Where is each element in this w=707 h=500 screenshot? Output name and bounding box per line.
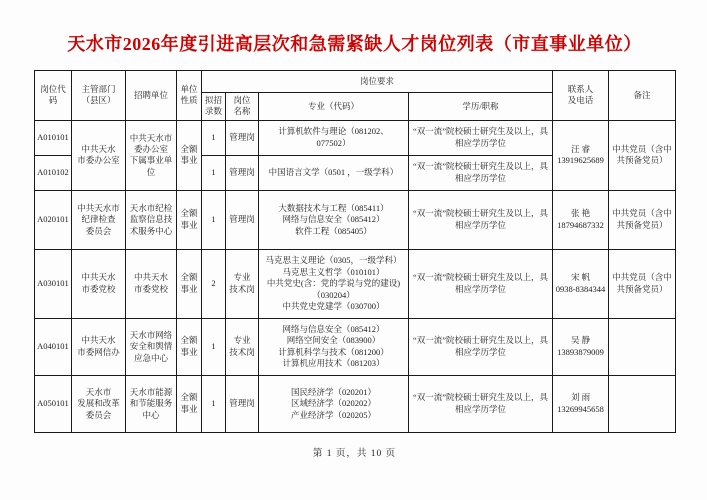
department: 中共天水 市委网信办 [72,318,126,375]
major-codes: 网络与信息安全（085412） 网络空间安全（083900） 计算机科学与技术（… [259,318,409,375]
major-codes: 国民经济学（020201） 区域经济学（020202） 产业经济学（020205… [259,375,409,432]
header-employer: 招聘单位 [126,71,177,121]
department: 中共天水市 纪律检查 委员会 [72,190,126,249]
table-row: A010101 中共天水 市委办公室 中共天水市 委办公室 下属事业单 位 全额… [35,120,676,155]
document-page: 天水市2026年度引进高层次和急需紧缺人才岗位列表（市直事业单位） 岗位代码 主… [0,0,707,500]
quota: 1 [202,155,226,190]
header-education: 学历/职称 [409,93,553,121]
employer: 中共天水 市委党校 [126,249,177,318]
page-footer: 第 1 页，共 10 页 [34,445,675,459]
department: 中共天水 市委党校 [72,249,126,318]
header-code: 岗位代码 [35,71,72,121]
post-name: 管理岗 [226,155,259,190]
major-codes: 计算机软件与理论（081202、 077502） [259,120,409,155]
quota: 1 [202,375,226,432]
quota: 1 [202,318,226,375]
education-requirement: “双一流”院校硕士研究生及以上，具 相应学历学位 [409,318,553,375]
job-code: A020101 [35,190,72,249]
post-name: 专业 技术岗 [226,249,259,318]
quota: 1 [202,190,226,249]
employer: 天水市能源 和节能服务 中心 [126,375,177,432]
remarks: 中共党员（含中 共预备党员） [609,249,676,318]
header-post-name: 岗位 名称 [226,93,259,121]
header-remarks: 备注 [609,71,676,121]
job-code: A050101 [35,375,72,432]
post-name: 管理岗 [226,375,259,432]
table-row: A030101 中共天水 市委党校 中共天水 市委党校 全额 事业 2 专业 技… [35,249,676,318]
post-name: 专业 技术岗 [226,318,259,375]
header-major: 专业（代码） [259,93,409,121]
unit-type: 全额 事业 [177,249,202,318]
employer: 天水市纪检 监察信息技 术服务中心 [126,190,177,249]
education-requirement: “双一流”院校硕士研究生及以上，具 相应学历学位 [409,155,553,190]
job-code: A040101 [35,318,72,375]
quota: 1 [202,120,226,155]
contact: 宋 帆 0938-8384344 [553,249,609,318]
unit-type: 全额 事业 [177,120,202,190]
page-title: 天水市2026年度引进高层次和急需紧缺人才岗位列表（市直事业单位） [34,30,675,56]
major-codes: 马克思主义理论（0305，一级学科） 马克思主义哲学（010101） 中共党史(… [259,249,409,318]
employer: 中共天水市 委办公室 下属事业单 位 [126,120,177,190]
contact: 张 艳 18794687332 [553,190,609,249]
job-code: A030101 [35,249,72,318]
header-unit-type: 单位 性质 [177,71,202,121]
job-code: A010102 [35,155,72,190]
header-contact: 联系人 及电话 [553,71,609,121]
department: 中共天水 市委办公室 [72,120,126,190]
education-requirement: “双一流”院校硕士研究生及以上，具 相应学历学位 [409,249,553,318]
education-requirement: “双一流”院校硕士研究生及以上，具 相应学历学位 [409,120,553,155]
contact: 刘 雨 13269945658 [553,375,609,432]
header-department: 主管部门 （县区） [72,71,126,121]
post-name: 管理岗 [226,120,259,155]
education-requirement: “双一流”院校硕士研究生及以上，具 相应学历学位 [409,190,553,249]
unit-type: 全额 事业 [177,190,202,249]
table-row: A050101 天水市 发展和改革 委员会 天水市能源 和节能服务 中心 全额 … [35,375,676,432]
job-code: A010101 [35,120,72,155]
quota: 2 [202,249,226,318]
table-row: A040101 中共天水 市委网信办 天水市网络 安全和舆情 应急中心 全额 事… [35,318,676,375]
major-codes: 中国语言文学（0501 ，一级学科） [259,155,409,190]
table-row: A020101 中共天水市 纪律检查 委员会 天水市纪检 监察信息技 术服务中心… [35,190,676,249]
remarks [609,318,676,375]
remarks: 中共党员（含中 共预备党员） [609,120,676,190]
major-codes: 大数据技术与工程（085411） 网络与信息安全（085412） 软件工程（08… [259,190,409,249]
remarks [609,375,676,432]
education-requirement: “双一流”院校硕士研究生及以上，具 相应学历学位 [409,375,553,432]
remarks: 中共党员（含中 共预备党员） [609,190,676,249]
contact: 汪 睿 13919625689 [553,120,609,190]
contact: 吴 静 13893879009 [553,318,609,375]
post-name: 管理岗 [226,190,259,249]
employer: 天水市网络 安全和舆情 应急中心 [126,318,177,375]
department: 天水市 发展和改革 委员会 [72,375,126,432]
unit-type: 全额 事业 [177,375,202,432]
unit-type: 全额 事业 [177,318,202,375]
job-positions-table: 岗位代码 主管部门 （县区） 招聘单位 单位 性质 岗位要求 联系人 及电话 备… [34,70,676,433]
header-quota: 拟招 录数 [202,93,226,121]
header-requirements: 岗位要求 [202,71,553,93]
